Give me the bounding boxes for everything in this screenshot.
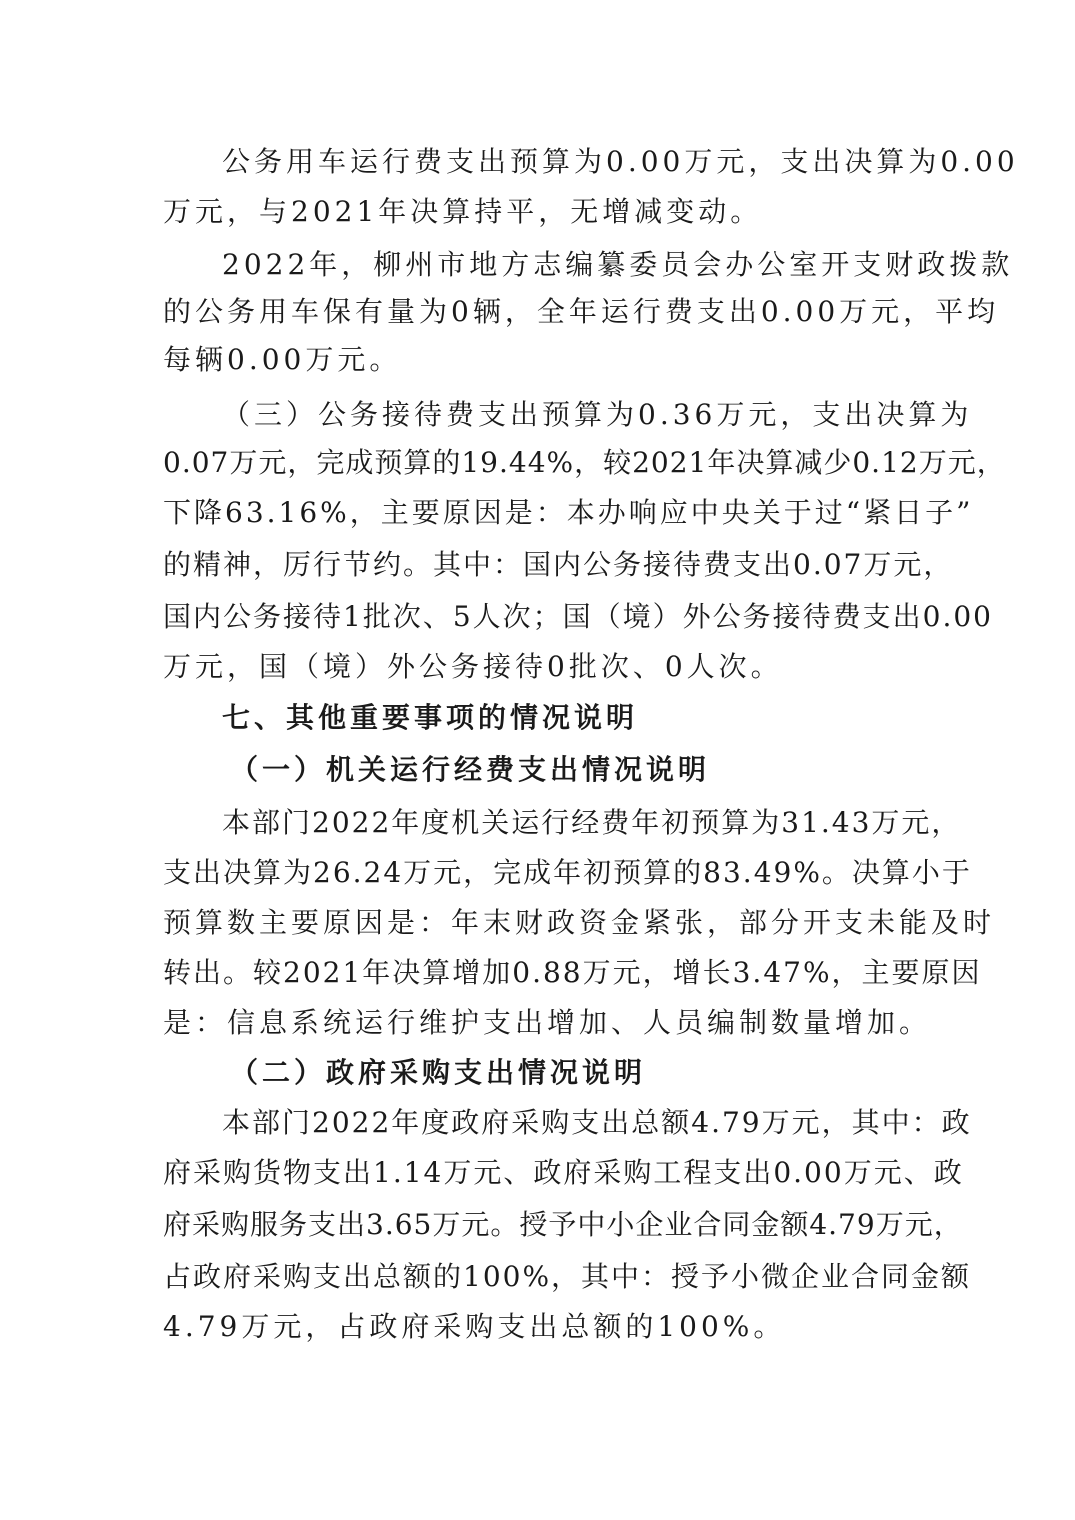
paragraph-line: 0.07万元，完成预算的19.44%，较2021年决算减少0.12万元， — [163, 443, 923, 483]
paragraph-line: 占政府采购支出总额的100%，其中：授予小微企业合同金额 — [163, 1257, 923, 1297]
paragraph-line: 支出决算为26.24万元，完成年初预算的83.49%。决算小于 — [163, 853, 923, 893]
paragraph-line: 万元，国（境）外公务接待0批次、0人次。 — [163, 647, 923, 687]
paragraph-line: 本部门2022年度机关运行经费年初预算为31.43万元， — [222, 803, 982, 843]
subsection-heading: （一）机关运行经费支出情况说明 — [230, 750, 990, 790]
paragraph-line: 2022年，柳州市地方志编纂委员会办公室开支财政拨款 — [222, 245, 982, 285]
subsection-heading: （二）政府采购支出情况说明 — [230, 1053, 990, 1093]
paragraph-line: 公务用车运行费支出预算为0.00万元，支出决算为0.00 — [222, 142, 982, 182]
paragraph-line: 本部门2022年度政府采购支出总额4.79万元，其中：政 — [222, 1103, 982, 1143]
paragraph-line: 的公务用车保有量为0辆，全年运行费支出0.00万元，平均 — [163, 292, 923, 332]
paragraph-line: 转出。较2021年决算增加0.88万元，增长3.47%，主要原因 — [163, 953, 923, 993]
paragraph-line: （三）公务接待费支出预算为0.36万元，支出决算为 — [222, 395, 982, 435]
section-heading: 七、其他重要事项的情况说明 — [222, 698, 982, 738]
paragraph-line: 下降63.16%，主要原因是：本办响应中央关于过“紧日子” — [163, 493, 923, 533]
paragraph-line: 是：信息系统运行维护支出增加、人员编制数量增加。 — [163, 1003, 923, 1043]
paragraph-line: 府采购货物支出1.14万元、政府采购工程支出0.00万元、政 — [163, 1153, 923, 1193]
paragraph-line: 每辆0.00万元。 — [163, 340, 923, 380]
paragraph-line: 万元，与2021年决算持平，无增减变动。 — [163, 192, 923, 232]
paragraph-line: 府采购服务支出3.65万元。授予中小企业合同金额4.79万元， — [163, 1205, 923, 1245]
paragraph-line: 预算数主要原因是：年末财政资金紧张，部分开支未能及时 — [163, 903, 923, 943]
paragraph-line: 的精神，厉行节约。其中：国内公务接待费支出0.07万元， — [163, 545, 923, 585]
paragraph-line: 国内公务接待1批次、5人次；国（境）外公务接待费支出0.00 — [163, 597, 923, 637]
document-page: 公务用车运行费支出预算为0.00万元，支出决算为0.00 万元，与2021年决算… — [0, 0, 1075, 1520]
paragraph-line: 4.79万元，占政府采购支出总额的100%。 — [163, 1307, 923, 1347]
